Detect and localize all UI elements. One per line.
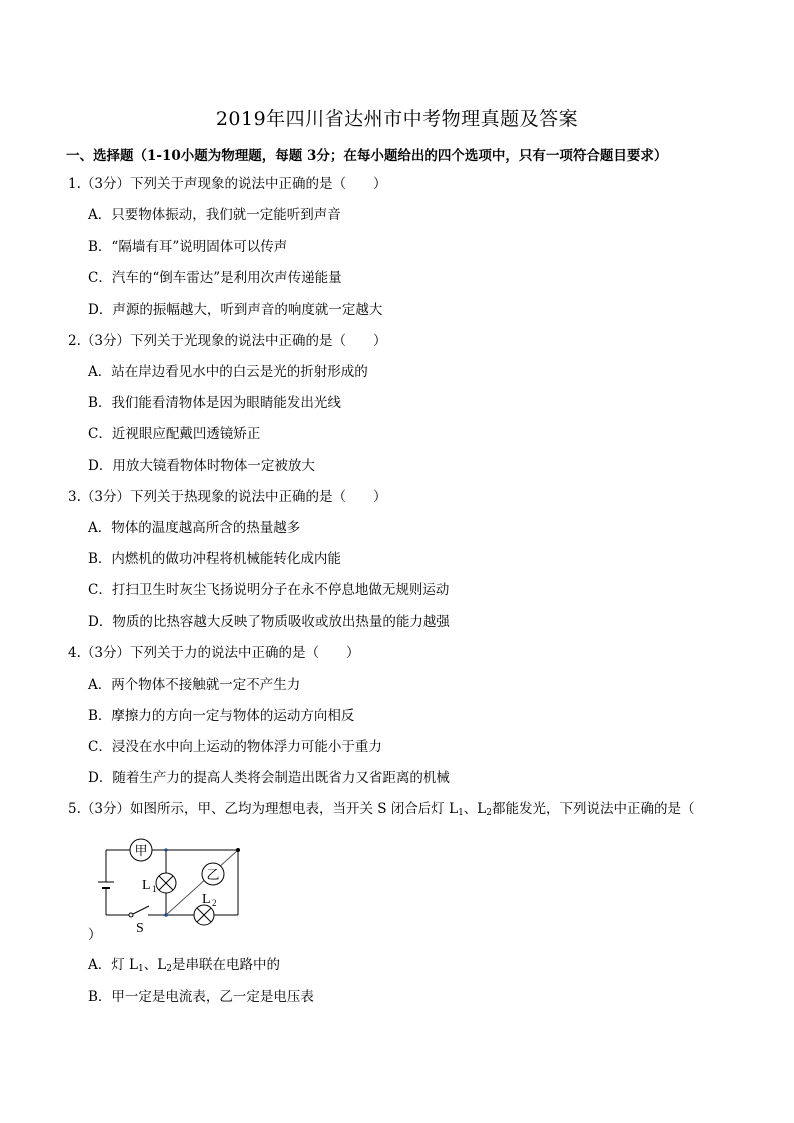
meter-yi-icon: 乙 (202, 863, 224, 885)
question-1-option-c: C．汽车的“倒车雷达”是利用次声传递能量 (88, 269, 342, 287)
page-title: 2019年四川省达州市中考物理真题及答案 (0, 104, 794, 131)
question-2-option-d: D．用放大镜看物体时物体一定被放大 (88, 457, 315, 475)
lamp-l2-icon (194, 905, 214, 925)
question-2-option-b: B．我们能看清物体是因为眼睛能发出光线 (88, 394, 341, 412)
question-4-option-c: C．浸没在水中向上运动的物体浮力可能小于重力 (88, 738, 382, 756)
question-1-option-b: B．“隔墙有耳”说明固体可以传声 (88, 238, 287, 256)
circuit-diagram: 甲 L 1 乙 L 2 S (96, 835, 246, 935)
question-1-option-d: D．声源的振幅越大，听到声音的响度就一定越大 (88, 301, 382, 319)
svg-text:S: S (136, 921, 144, 935)
question-4-option-d: D．随着生产力的提高人类将会制造出既省力又省距离的机械 (88, 769, 450, 787)
question-5-option-b: B．甲一定是电流表，乙一定是电压表 (88, 988, 314, 1006)
question-3-option-b: B．内燃机的做功冲程将机械能转化成内能 (88, 550, 341, 568)
question-2-option-a: A．站在岸边看见水中的白云是光的折射形成的 (88, 363, 368, 381)
switch-contact-icon (129, 913, 133, 917)
question-4-stem: 4.（3分）下列关于力的说法中正确的是（ ） (68, 644, 359, 662)
question-1-option-a: A．只要物体振动，我们就一定能听到声音 (88, 206, 341, 224)
option-text: A．灯 L (88, 957, 138, 973)
question-3-option-c: C．打扫卫生时灰尘飞扬说明分子在永不停息地做无规则运动 (88, 581, 449, 599)
exam-page: 2019年四川省达州市中考物理真题及答案 一、选择题（1-10小题为物理题，每题… (0, 0, 794, 1123)
option-text: 是串联在电路中的 (172, 957, 280, 973)
question-2-option-c: C．近视眼应配戴凹透镜矫正 (88, 425, 260, 443)
question-3-stem: 3.（3分）下列关于热现象的说法中正确的是（ ） (68, 488, 386, 506)
ammeter-jia-icon: 甲 (130, 839, 152, 861)
svg-text:乙: 乙 (206, 868, 219, 883)
svg-text:L: L (142, 878, 151, 893)
question-2-stem: 2.（3分）下列关于光现象的说法中正确的是（ ） (68, 332, 386, 350)
stem-text: 5.（3分）如图所示，甲、乙均为理想电表，当开关 S 闭合后灯 L (68, 801, 458, 817)
question-5-close-paren: ） (88, 923, 102, 943)
option-text: 、L (144, 957, 166, 973)
section-heading: 一、选择题（1-10小题为物理题，每题 3分；在每小题给出的四个选项中，只有一项… (66, 144, 667, 164)
svg-text:1: 1 (152, 884, 157, 894)
stem-text: 、L (464, 801, 486, 817)
question-5-stem: 5.（3分）如图所示，甲、乙均为理想电表，当开关 S 闭合后灯 L1、L2都能发… (68, 800, 695, 822)
question-4-option-b: B．摩擦力的方向一定与物体的运动方向相反 (88, 707, 354, 725)
question-3-option-d: D．物质的比热容越大反映了物质吸收或放出热量的能力越强 (88, 613, 450, 631)
question-3-option-a: A．物体的温度越高所含的热量越多 (88, 519, 300, 537)
question-5-option-a: A．灯 L1、L2是串联在电路中的 (88, 956, 280, 978)
stem-text: 都能发光，下列说法中正确的是（ (492, 801, 695, 817)
question-1-stem: 1.（3分）下列关于声现象的说法中正确的是（ ） (68, 175, 386, 193)
svg-text:甲: 甲 (134, 844, 147, 859)
lamp-l1-icon (156, 873, 176, 893)
svg-text:2: 2 (212, 898, 217, 908)
question-4-option-a: A．两个物体不接触就一定不产生力 (88, 676, 300, 694)
